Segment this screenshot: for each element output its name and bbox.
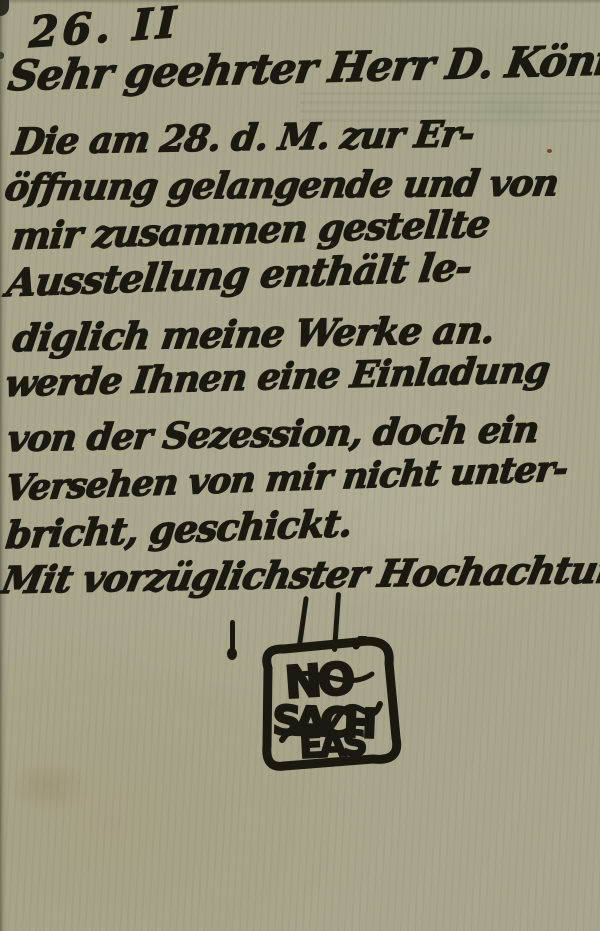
paper-stain [8, 760, 88, 812]
scan-edge-mark [0, 0, 9, 16]
letter-scan: 26. II Sehr geehrter Herr D. König Die a… [0, 0, 600, 931]
handwriting-line: werde Ihnen eine Einladung [3, 352, 551, 402]
handwriting-line: bricht, geschickt. [4, 505, 353, 554]
handwriting-line: öffnung gelangende und von [3, 165, 561, 206]
monogram-seal: NO SACH EAS [252, 636, 402, 772]
handwriting-line: Versehen von mir nicht unter- [4, 451, 569, 506]
handwriting-line: diglich meine Werke an. [11, 312, 497, 357]
seal-letters-row3: EAS [298, 724, 366, 767]
paper-speck [547, 149, 552, 153]
handwriting-line: von der Sezession, doch ein [6, 412, 541, 457]
paper-stain [468, 88, 564, 130]
handwriting-line-closing: Mit vorzüglichster Hochachtung. [0, 551, 600, 600]
ink-drip [227, 648, 237, 660]
date-annotation: 26. II [29, 1, 181, 54]
scan-edge-mark [0, 52, 4, 59]
handwriting-line: Die am 28. d. M. zur Er- [11, 116, 476, 160]
